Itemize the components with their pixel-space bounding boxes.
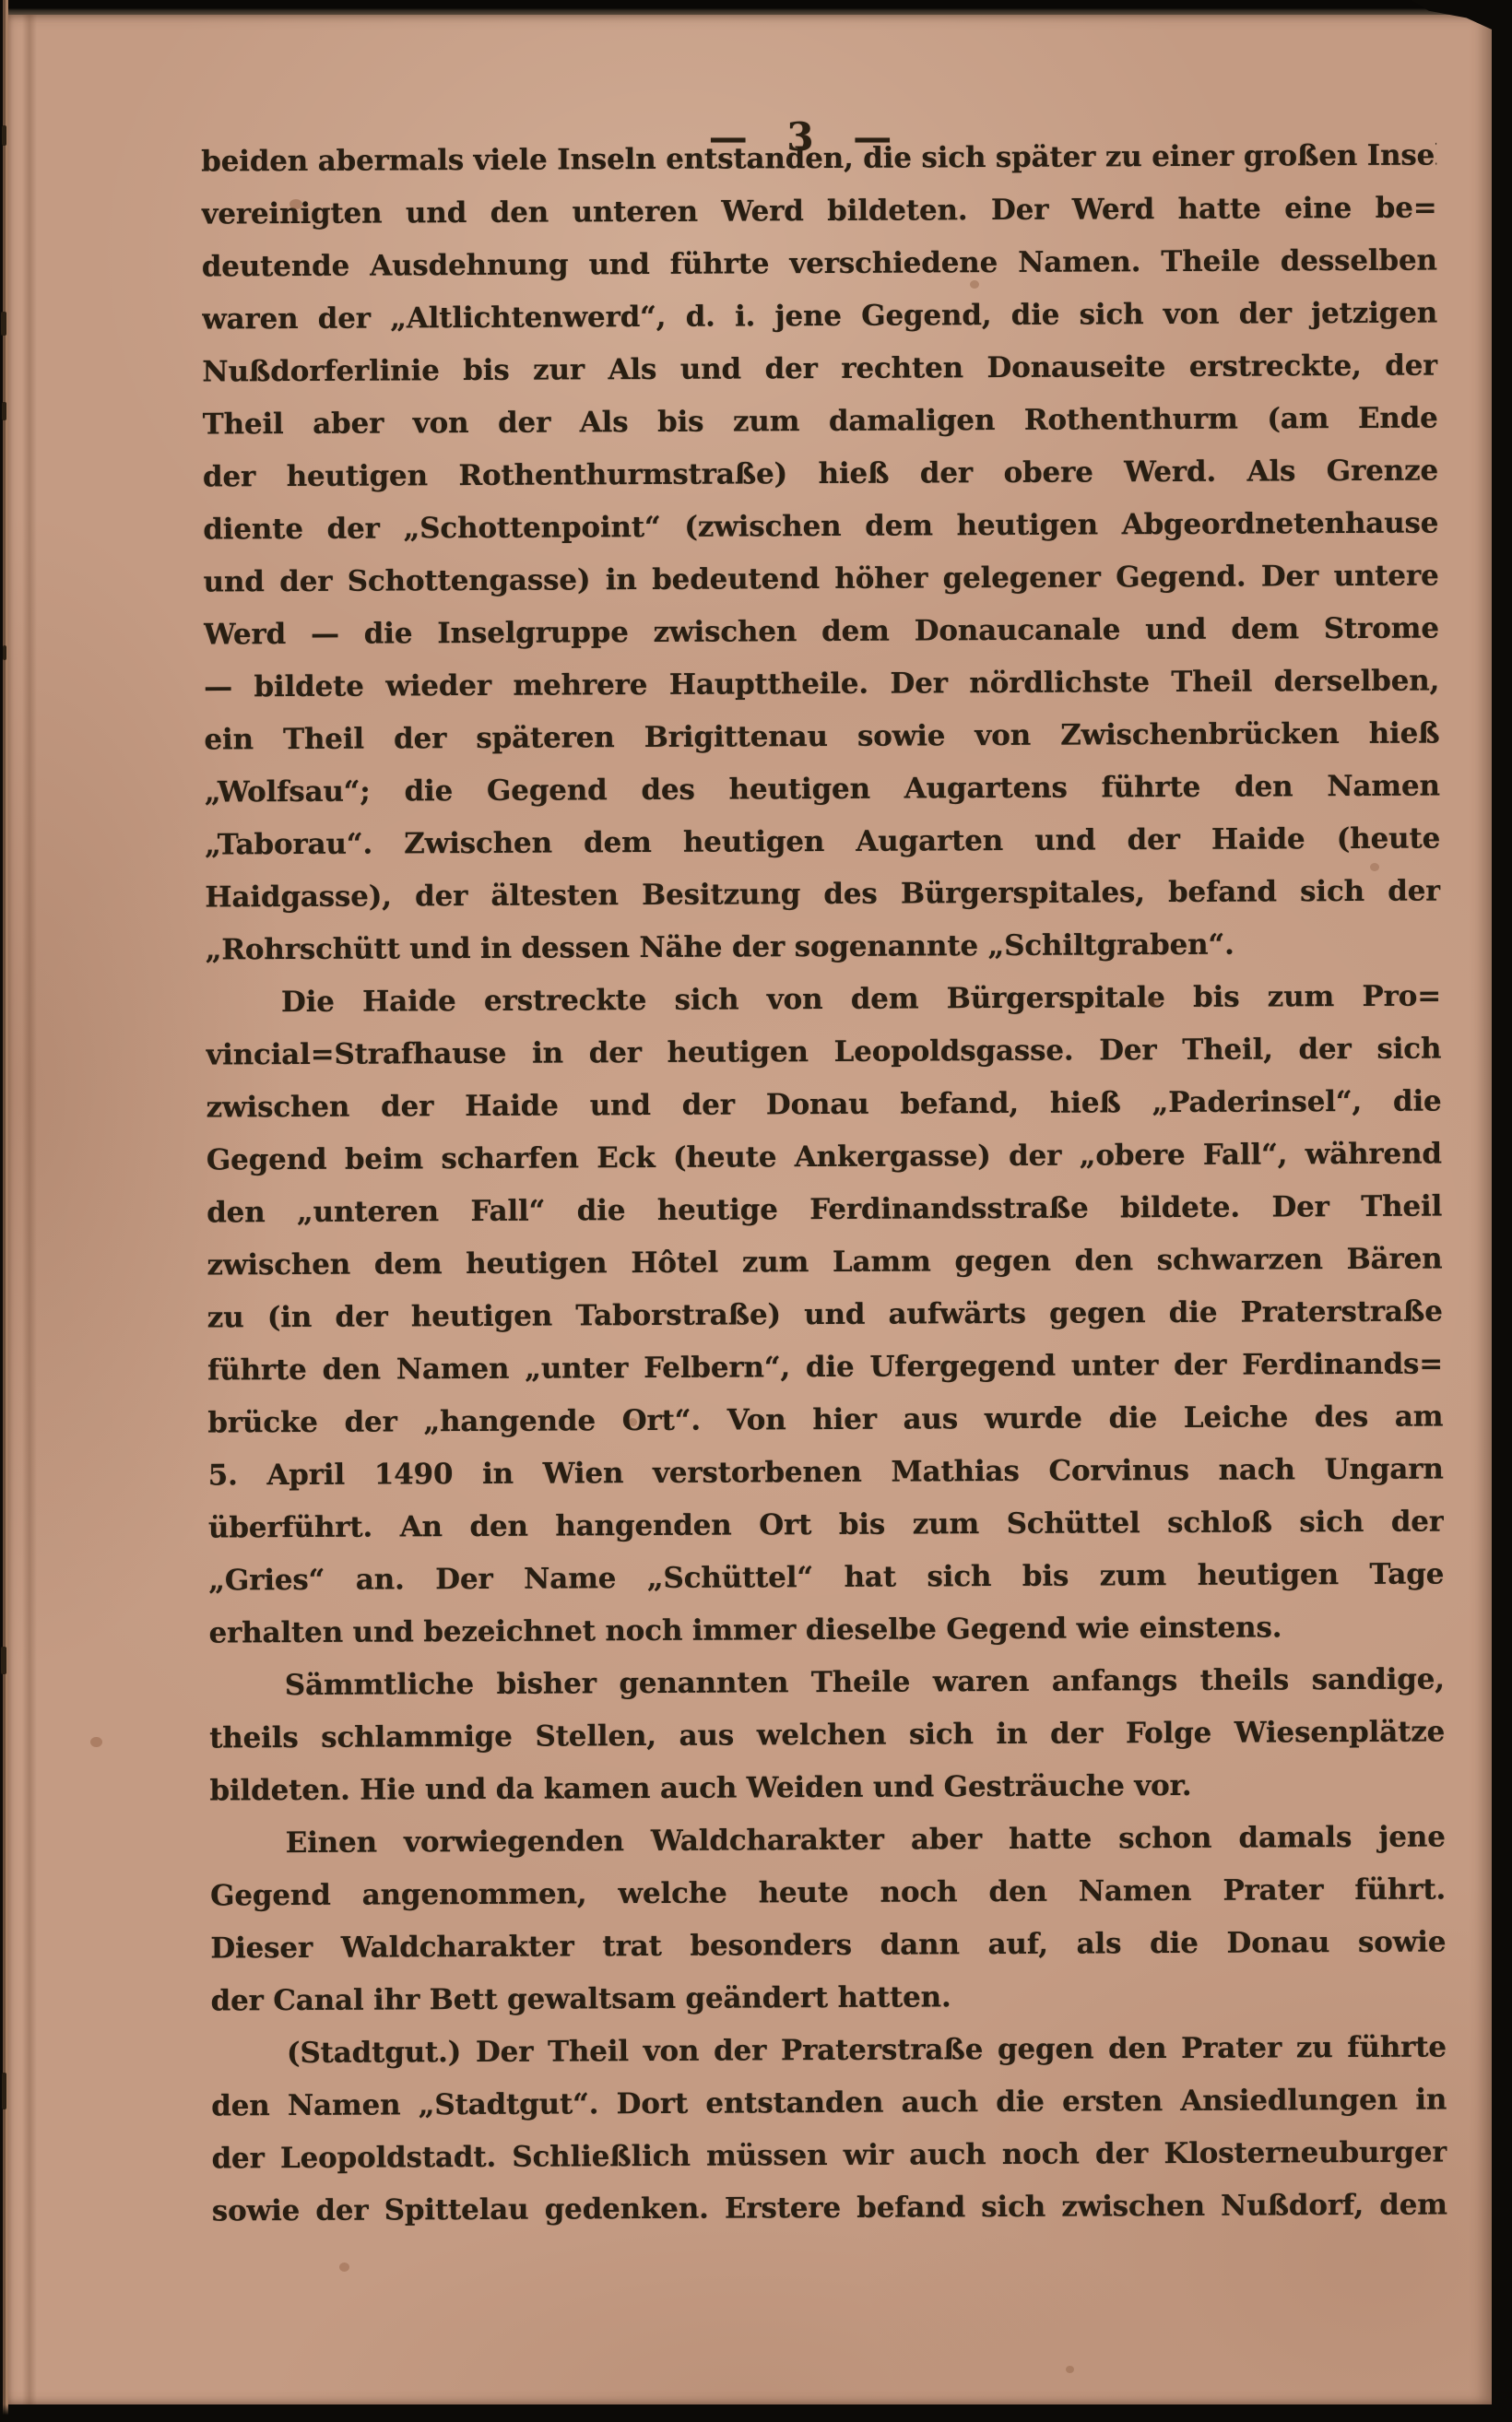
text-line: Gegend beim scharfen Eck (heute Ankergas…	[207, 1128, 1442, 1187]
text-line: ein Theil der späteren Brigittenau sowie…	[204, 707, 1439, 766]
text-line: der Leopoldstadt. Schließlich müssen wir…	[211, 2126, 1447, 2185]
text-line: Haidgasse), der ältesten Besitzung des B…	[205, 865, 1440, 924]
text-line: sowie der Spittelau gedenken. Erstere be…	[212, 2179, 1447, 2238]
stain	[1066, 2366, 1074, 2373]
text-line: brücke der „hangende Ort“. Von hier aus …	[207, 1390, 1443, 1449]
text-line: bildeten. Hie und da kamen auch Weiden u…	[209, 1758, 1445, 1817]
text-line: „Rohrschütt und in dessen Nähe der sogen…	[206, 917, 1441, 976]
text-line: Nußdorferlinie bis zur Als und der recht…	[202, 340, 1437, 399]
text-line: führte den Namen „unter Felbern“, die Uf…	[207, 1338, 1443, 1397]
edge-mark	[1, 1647, 6, 1674]
text-line: Dieser Waldcharakter trat besonders dann…	[210, 1916, 1446, 1975]
edge-mark	[3, 645, 6, 660]
text-line: den Namen „Stadtgut“. Dort entstanden au…	[211, 2073, 1447, 2133]
stain	[90, 1737, 102, 1747]
text-line: Theil aber von der Als bis zum damaligen…	[203, 393, 1438, 452]
text-line: „Taborau“. Zwischen dem heutigen Augarte…	[205, 812, 1440, 871]
text-line: Werd — die Inselgruppe zwischen dem Dona…	[204, 603, 1439, 662]
text-line: — bildete wieder mehrere Haupttheile. De…	[204, 655, 1439, 714]
text-line: den „unteren Fall“ die heutige Ferdinand…	[207, 1180, 1442, 1239]
text-line: „Wolfsau“; die Gegend des heutigen Augar…	[205, 760, 1440, 819]
text-line: erhalten und bezeichnet noch immer diese…	[208, 1601, 1444, 1660]
edge-mark	[2, 125, 6, 146]
text-line: deutende Ausdehnung und führte verschied…	[202, 235, 1437, 294]
stain	[339, 2263, 349, 2272]
text-line: der Canal ihr Bett gewaltsam geändert ha…	[210, 1968, 1446, 2027]
text-line: beiden abermals viele Inseln entstanden,…	[201, 130, 1436, 189]
scan-frame-right	[1492, 0, 1512, 2422]
text-line: theils schlammige Stellen, aus welchen s…	[209, 1706, 1445, 1765]
stain	[629, 1418, 637, 1426]
edge-mark	[2, 2073, 6, 2109]
scanned-book-page: — 3 — beiden abermals viele Inseln entst…	[0, 0, 1512, 2422]
stain	[1149, 998, 1160, 1007]
text-line: zwischen dem heutigen Hôtel zum Lamm geg…	[207, 1233, 1442, 1292]
text-line: Sämmtliche bisher genannten Theile waren…	[209, 1653, 1445, 1712]
text-line: vincial=Strafhause in der heutigen Leopo…	[206, 1022, 1441, 1081]
text-line: Die Haide erstreckte sich von dem Bürger…	[206, 970, 1441, 1029]
text-line: Einen vorwiegenden Waldcharakter aber ha…	[210, 1811, 1446, 1870]
text-line: zu (in der heutigen Taborstraße) und auf…	[207, 1285, 1443, 1344]
gutter-crease	[22, 15, 37, 2404]
torn-left-edge	[0, 0, 8, 2422]
text-line: 5. April 1490 in Wien verstorbenen Mathi…	[208, 1443, 1444, 1502]
text-line: überführt. An den hangenden Ort bis zum …	[208, 1495, 1444, 1554]
text-line: der heutigen Rothenthurmstraße) hieß der…	[203, 445, 1438, 504]
text-line: „Gries“ an. Der Name „Schüttel“ hat sich…	[208, 1548, 1444, 1607]
text-line: und der Schottengasse) in bedeutend höhe…	[203, 550, 1438, 609]
stain	[970, 280, 979, 289]
text-line: zwischen der Haide und der Donau befand,…	[206, 1075, 1441, 1134]
edge-mark	[1, 312, 6, 336]
text-line: diente der „Schottenpoint“ (zwischen dem…	[203, 498, 1438, 557]
text-line: (Stadtgut.) Der Theil von der Praterstra…	[211, 2021, 1447, 2080]
book-page-edges	[0, 0, 1512, 15]
stain	[1370, 863, 1379, 871]
text-line: vereinigten und den unteren Werd bildete…	[201, 183, 1436, 242]
stain	[289, 199, 302, 209]
text-block: beiden abermals viele Inseln entstanden,…	[201, 130, 1447, 2239]
paper-page: — 3 — beiden abermals viele Inseln entst…	[6, 15, 1492, 2404]
text-line: Gegend angenommen, welche heute noch den…	[210, 1863, 1446, 1922]
scan-frame-bottom	[0, 2404, 1512, 2422]
edge-mark	[2, 402, 6, 420]
text-line: waren der „Altlichtenwerd“, d. i. jene G…	[202, 288, 1437, 347]
